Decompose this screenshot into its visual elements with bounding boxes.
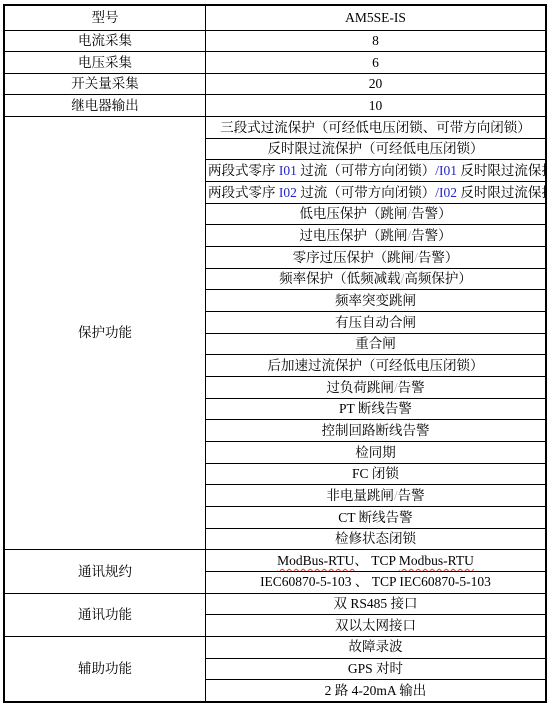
value-cell: 反时限过流保护（可经低电压闭锁） (206, 138, 547, 160)
table-row: 电压采集6 (4, 52, 546, 74)
text-segment: 过流（可带方向闭锁） (297, 185, 435, 200)
text-segment: 频率突变跳闸 (335, 293, 416, 308)
value-cell: 两段式零序 I01 过流（可带方向闭锁）/I01 反时限过流保护 (206, 160, 547, 182)
category-cell: 保护功能 (4, 117, 206, 550)
table-row: 电流采集8 (4, 30, 546, 52)
value-cell: 故障录波 (206, 636, 547, 658)
value-cell: ModBus-RTU、 TCP Modbus-RTU (206, 550, 547, 572)
spec-table: 型号AM5SE-IS电流采集8电压采集6开关量采集20继电器输出10保护功能三段… (3, 4, 547, 703)
value-cell: 双以太网接口 (206, 615, 547, 637)
text-segment: 两段式零序 (208, 185, 279, 200)
text-segment: 重合闸 (355, 336, 396, 351)
text-segment: 有压自动合闸 (335, 315, 416, 330)
text-segment: 两段式零序 (208, 163, 279, 178)
category-cell: 电压采集 (4, 52, 206, 74)
value-cell: 后加速过流保护（可经低电压闭锁） (206, 355, 547, 377)
text-segment: 过流（可带方向闭锁） (297, 163, 435, 178)
value-cell: FC 闭锁 (206, 463, 547, 485)
text-segment: FC 闭锁 (352, 466, 399, 481)
table-row: 开关量采集20 (4, 73, 546, 95)
value-cell: 重合闸 (206, 333, 547, 355)
value-cell: AM5SE-IS (206, 5, 547, 30)
text-segment: 告警） (418, 250, 459, 265)
value-cell: 检修状态闭锁 (206, 528, 547, 550)
table-row: 继电器输出10 (4, 95, 546, 117)
text-segment: 后加速过流保护（可经低电压闭锁） (268, 358, 484, 373)
value-cell: 非电量跳闸/告警 (206, 485, 547, 507)
value-cell: 频率突变跳闸 (206, 290, 547, 312)
value-cell: 三段式过流保护（可经低电压闭锁、可带方向闭锁） (206, 117, 547, 139)
value-cell: 6 (206, 52, 547, 74)
category-cell: 通讯功能 (4, 593, 206, 636)
table-row: 型号AM5SE-IS (4, 5, 546, 30)
text-segment: /I01 (435, 163, 457, 178)
text-segment: 高频保护） (404, 271, 472, 286)
value-cell: 20 (206, 73, 547, 95)
category-cell: 电流采集 (4, 30, 206, 52)
value-cell: 频率保护（低频减载/高频保护） (206, 268, 547, 290)
text-segment: 零序过压保护（跳闸 (293, 250, 415, 265)
category-cell: 继电器输出 (4, 95, 206, 117)
text-segment: I01 (279, 163, 297, 178)
text-segment: 频率保护（低频减载 (279, 271, 401, 286)
text-segment: 告警） (411, 228, 452, 243)
category-cell: 通讯规约 (4, 550, 206, 593)
text-segment: 检同期 (355, 445, 396, 460)
text-segment: 反时限过流保护 (457, 163, 546, 178)
text-segment: AM5SE-IS (345, 10, 406, 25)
text-segment: 控制回路断线告警 (322, 423, 430, 438)
text-segment: 过负荷跳闸 (326, 380, 394, 395)
spec-table-body: 型号AM5SE-IS电流采集8电压采集6开关量采集20继电器输出10保护功能三段… (4, 5, 546, 702)
value-cell: CT 断线告警 (206, 506, 547, 528)
text-segment: TCP (371, 553, 399, 568)
text-segment: 双以太网接口 (335, 618, 416, 633)
value-cell: 过负荷跳闸/告警 (206, 377, 547, 399)
text-segment: GPS 对时 (348, 661, 403, 676)
value-cell: 有压自动合闸 (206, 312, 547, 334)
table-row: 通讯规约ModBus-RTU、 TCP Modbus-RTU (4, 550, 546, 572)
table-row: 通讯功能双 RS485 接口 (4, 593, 546, 615)
text-segment: 10 (369, 98, 383, 113)
text-segment: 三段式过流保护（可经低电压闭锁、可带方向闭锁） (220, 120, 531, 135)
document-page: 型号AM5SE-IS电流采集8电压采集6开关量采集20继电器输出10保护功能三段… (0, 0, 550, 706)
text-segment: 反时限过流保护（可经低电压闭锁） (268, 141, 484, 156)
text-segment: 6 (372, 55, 379, 70)
text-segment: 告警） (411, 206, 452, 221)
text-segment: IEC60870-5-103 、 TCP IEC60870-5-103 (260, 574, 491, 589)
table-row: 保护功能三段式过流保护（可经低电压闭锁、可带方向闭锁） (4, 117, 546, 139)
text-segment: 故障录波 (349, 639, 403, 654)
text-segment: 告警 (398, 380, 425, 395)
value-cell: 8 (206, 30, 547, 52)
text-segment: 检修状态闭锁 (335, 531, 416, 546)
value-cell: 控制回路断线告警 (206, 420, 547, 442)
category-cell: 辅助功能 (4, 636, 206, 702)
text-segment: 2 路 4-20mA 输出 (325, 683, 427, 698)
text-segment: 告警 (398, 488, 425, 503)
value-cell: 两段式零序 I02 过流（可带方向闭锁）/I02 反时限过流保护 (206, 182, 547, 204)
text-segment: 低电压保护（跳闸 (299, 206, 407, 221)
value-cell: 零序过压保护（跳闸/告警） (206, 247, 547, 269)
value-cell: 2 路 4-20mA 输出 (206, 680, 547, 702)
text-segment: 8 (372, 33, 379, 48)
spellcheck-flagged-text: ModBus-RTU (277, 553, 354, 568)
spellcheck-flagged-text: Modbus-RTU (399, 553, 474, 568)
text-segment: 反时限过流保护 (457, 185, 546, 200)
text-segment: 双 RS485 接口 (333, 596, 417, 611)
value-cell: IEC60870-5-103 、 TCP IEC60870-5-103 (206, 571, 547, 593)
text-segment: PT 断线告警 (339, 401, 412, 416)
value-cell: 过电压保护（跳闸/告警） (206, 225, 547, 247)
text-segment: CT 断线告警 (338, 510, 412, 525)
value-cell: 检同期 (206, 441, 547, 463)
text-segment: 过电压保护（跳闸 (299, 228, 407, 243)
category-cell: 型号 (4, 5, 206, 30)
text-segment: 非电量跳闸 (326, 488, 394, 503)
value-cell: 10 (206, 95, 547, 117)
value-cell: 双 RS485 接口 (206, 593, 547, 615)
text-segment: 20 (369, 76, 383, 91)
value-cell: PT 断线告警 (206, 398, 547, 420)
text-segment: /I02 (435, 185, 457, 200)
table-row: 辅助功能故障录波 (4, 636, 546, 658)
category-cell: 开关量采集 (4, 73, 206, 95)
text-segment: 、 (354, 553, 371, 568)
value-cell: GPS 对时 (206, 658, 547, 680)
value-cell: 低电压保护（跳闸/告警） (206, 203, 547, 225)
text-segment: I02 (279, 185, 297, 200)
